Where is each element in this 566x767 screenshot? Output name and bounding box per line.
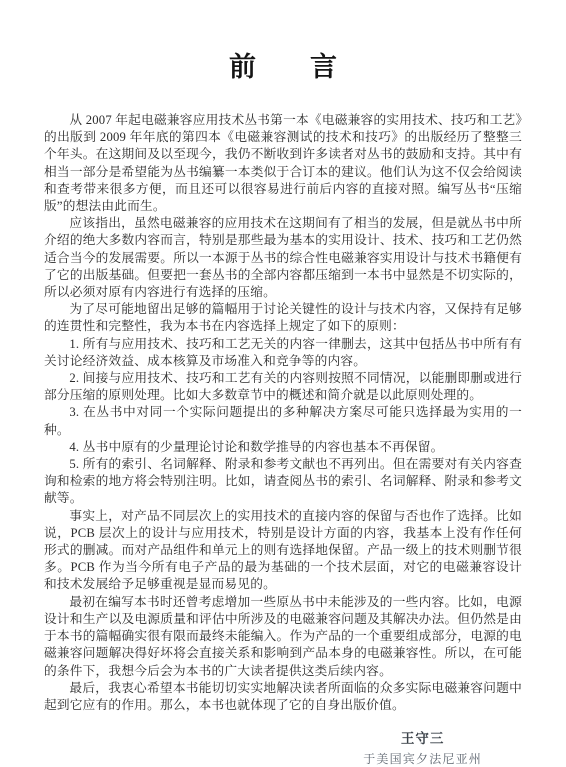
list-item-4: 4. 丛书中原有的少量理论讨论和数学推导的内容也基本不再保留。 (44, 439, 522, 456)
paragraph-pcb: 事实上，对产品不同层次上的实用技术的直接内容的保留与否也作了选择。比如说，PCB… (44, 508, 522, 594)
paragraph-principles-lead: 为了尽可能地留出足够的篇幅用于讨论关键性的设计与技术内容，又保持有足够的连贯性和… (44, 301, 522, 335)
author-location: 于美国宾夕法尼亚州 (363, 750, 482, 767)
preface-page: 前 言 从 2007 年起电磁兼容应用技术丛书第一本《电磁兼容的实用技术、技巧和… (0, 0, 566, 767)
signature-block: 王守三 于美国宾夕法尼亚州 (363, 727, 482, 767)
list-item-3: 3. 在丛书中对同一个实际问题提出的多种解决方案尽可能只选择最为实用的一种。 (44, 404, 522, 438)
paragraph-closing: 最后，我衷心希望本书能切切实实地解决读者所面临的众多实际电磁兼容问题中起到它应有… (44, 680, 522, 714)
preface-body: 从 2007 年起电磁兼容应用技术丛书第一本《电磁兼容的实用技术、技巧和工艺》的… (44, 112, 522, 714)
page-title: 前 言 (44, 52, 522, 83)
paragraph-power-supply: 最初在编写本书时还曾考虑增加一些原丛书中未能涉及的一些内容。比如，电源设计和生产… (44, 594, 522, 680)
list-item-1: 1. 所有与应用技术、技巧和工艺无关的内容一律删去，这其中包括丛书中所有有关讨论… (44, 336, 522, 370)
paragraph-background: 应该指出，虽然电磁兼容的应用技术在这期间有了相当的发展，但是就丛书中所介绍的绝大… (44, 215, 522, 301)
list-item-5: 5. 所有的索引、名词解释、附录和参考文献也不再列出。但在需要对有关内容查询和检… (44, 456, 522, 508)
paragraph-intro: 从 2007 年起电磁兼容应用技术丛书第一本《电磁兼容的实用技术、技巧和工艺》的… (44, 112, 522, 215)
list-item-2: 2. 间接与应用技术、技巧和工艺有关的内容则按照不同情况，以能删即删或进行部分压… (44, 370, 522, 404)
author-name: 王守三 (363, 727, 482, 747)
